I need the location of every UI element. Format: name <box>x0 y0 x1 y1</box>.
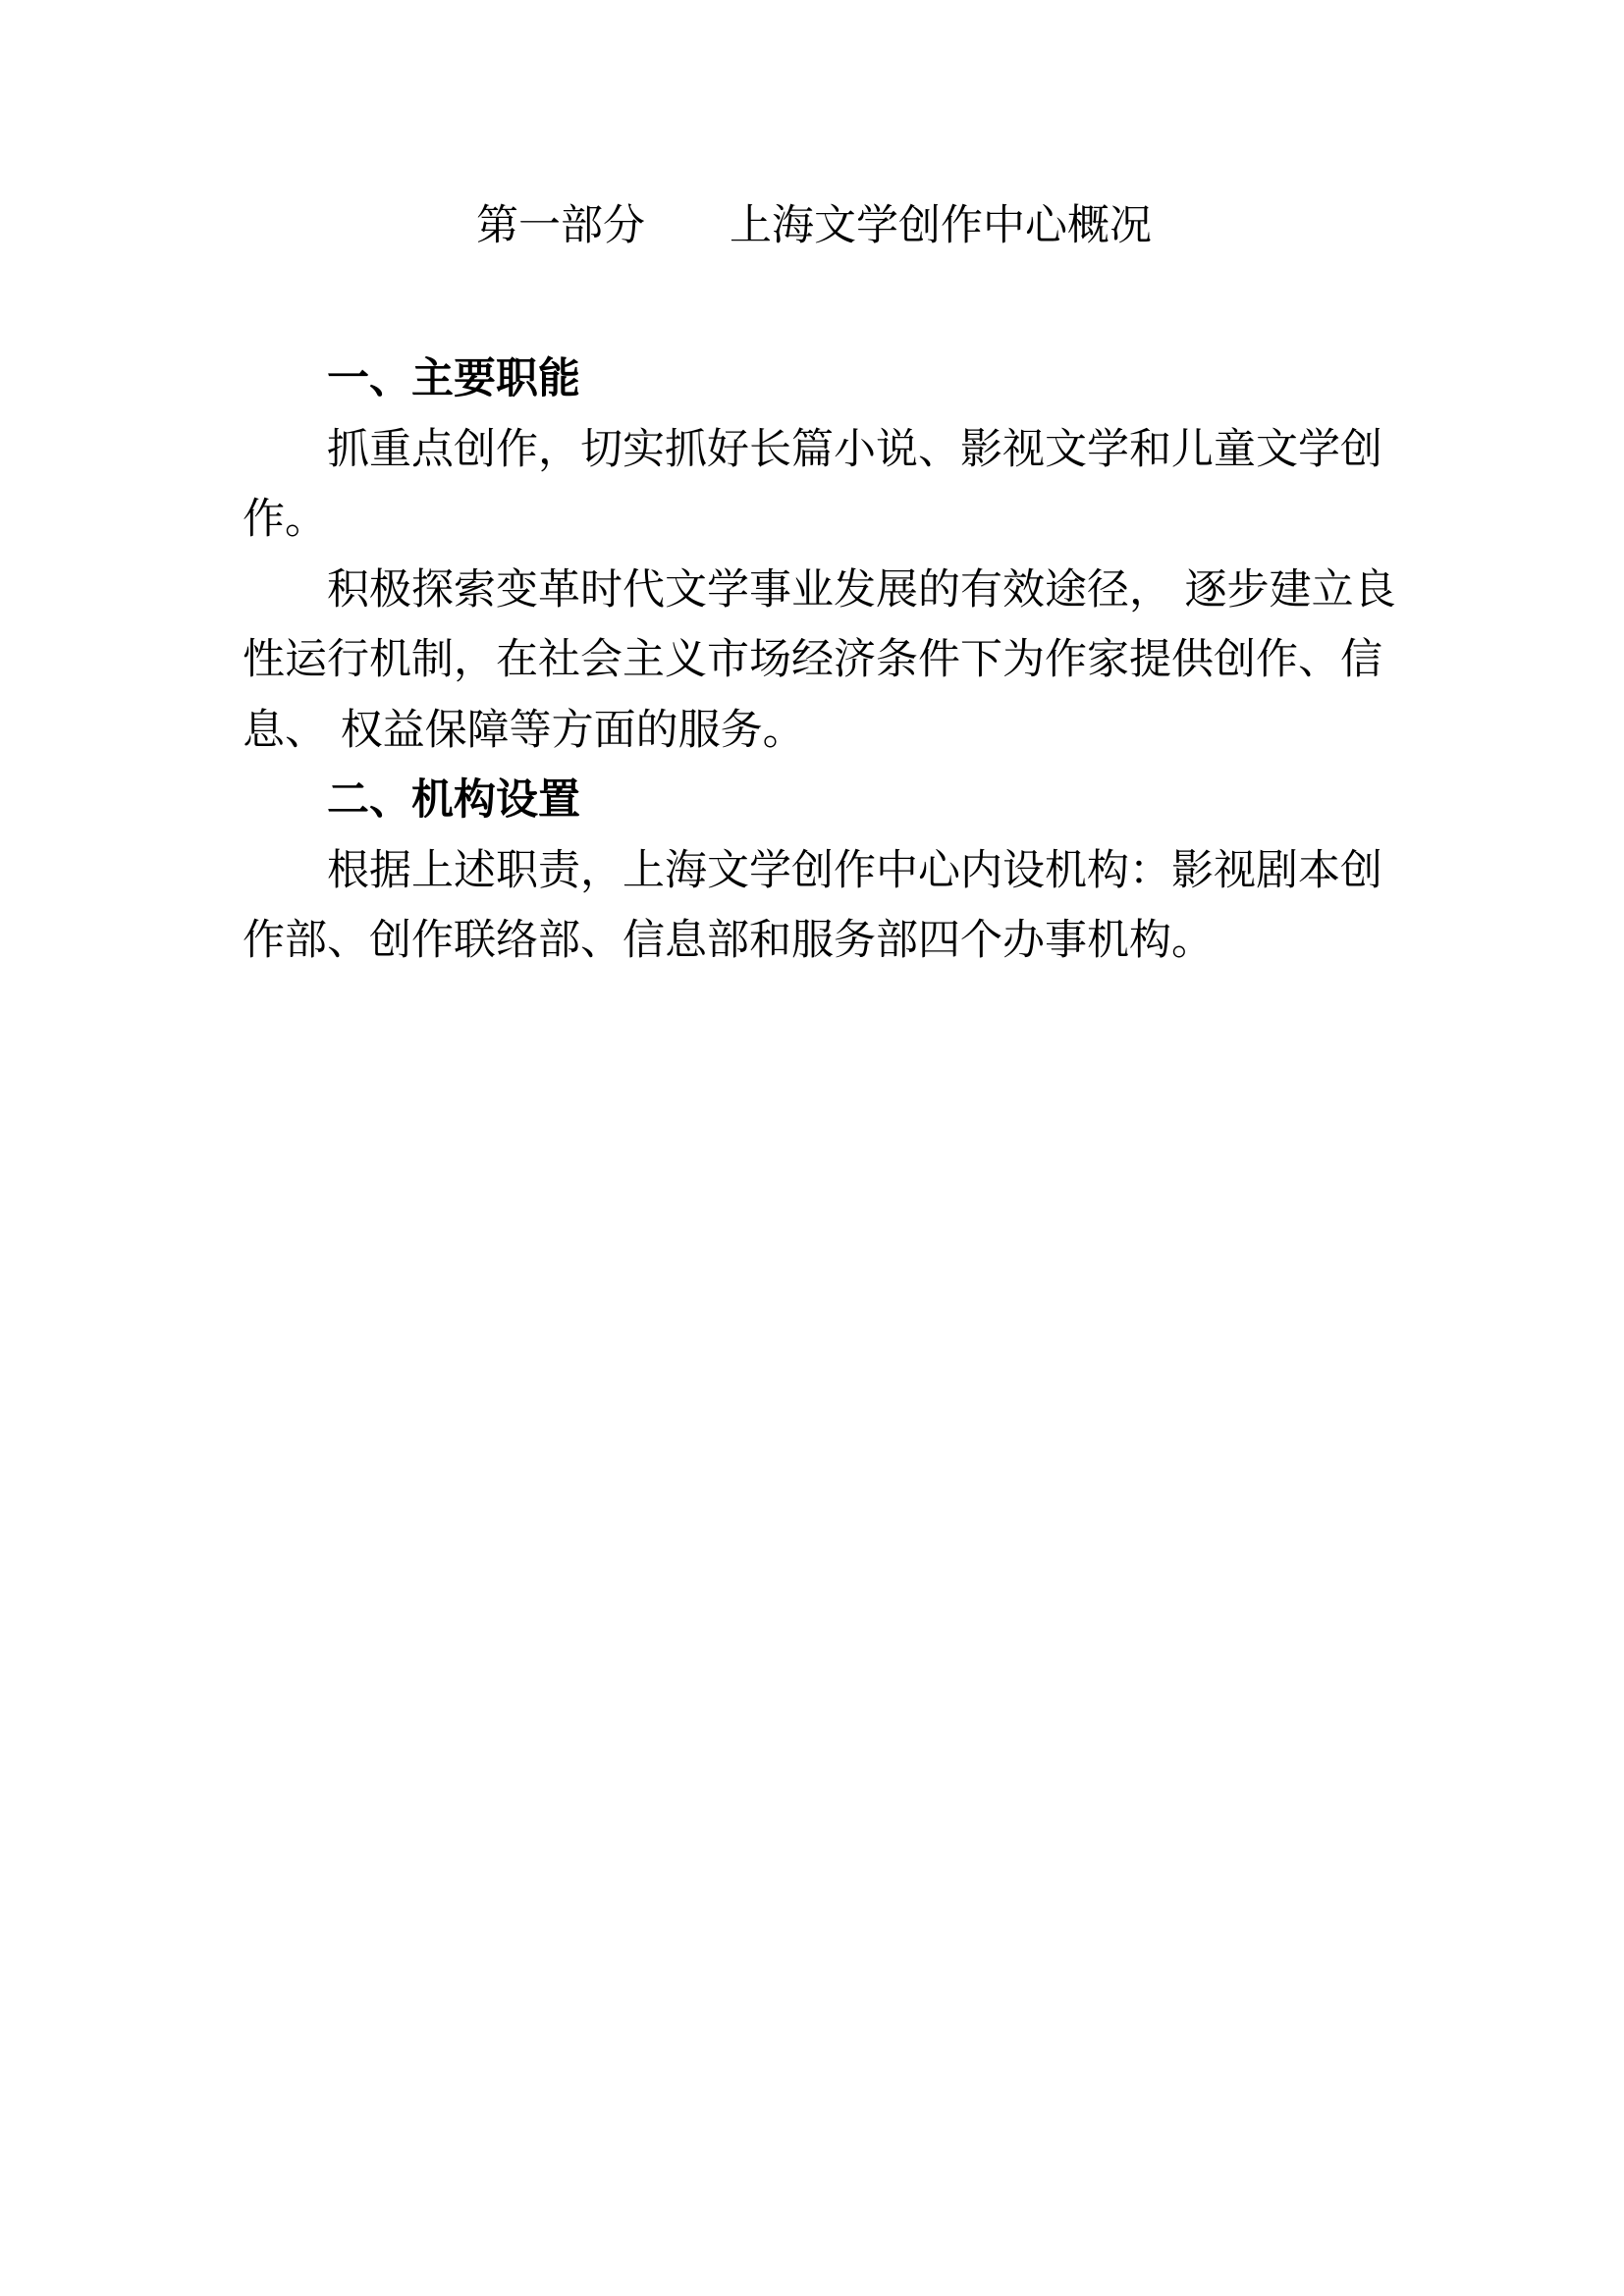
paragraph-line: 性运行机制，在社会主义市场经济条件下为作家提供创作、信 <box>243 625 1385 696</box>
document-body: 第一部分 上海文学创作中心概况一、主要职能抓重点创作，切实抓好长篇小说、影视文学… <box>243 190 1385 977</box>
paragraph-line: 积极探索变革时代文学事业发展的有效途径， 逐步建立良 <box>243 556 1385 626</box>
document-page: 第一部分 上海文学创作中心概况一、主要职能抓重点创作，切实抓好长篇小说、影视文学… <box>0 0 1624 2296</box>
section-heading: 一、主要职能 <box>243 345 1385 415</box>
blank-line <box>243 261 1385 345</box>
paragraph-line: 作。 <box>243 485 1385 556</box>
paragraph-line: 息、 权益保障等方面的服务。 <box>243 696 1385 767</box>
document-title: 第一部分 上海文学创作中心概况 <box>243 190 1385 261</box>
section-heading: 二、机构设置 <box>243 766 1385 836</box>
paragraph-line: 根据上述职责，上海文学创作中心内设机构：影视剧本创 <box>243 836 1385 907</box>
paragraph-line: 抓重点创作，切实抓好长篇小说、影视文学和儿童文学创 <box>243 415 1385 486</box>
paragraph-line: 作部、创作联络部、信息部和服务部四个办事机构。 <box>243 906 1385 977</box>
